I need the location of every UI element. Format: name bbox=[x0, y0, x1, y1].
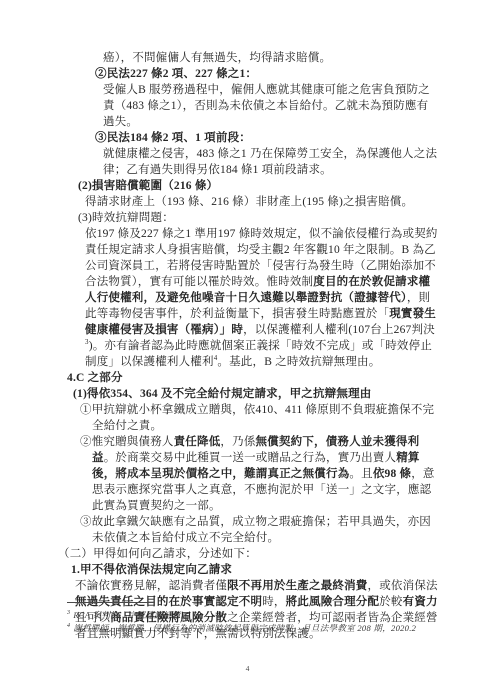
document-body: 癌），不問僱傭人有無過失，均得請求賠償。②民法227 條2 項、227 條之1：… bbox=[0, 50, 438, 642]
paragraph: 4.C 之部分 bbox=[0, 370, 438, 386]
text-run: 4.C 之部分 bbox=[67, 372, 123, 384]
text-run: 癌），不問僱傭人有無過失，均得請求賠償。 bbox=[103, 52, 331, 64]
footnotes-section: 3RCA 案判決，字號建議記憶。4謝哲勝師，謝哲勝，侵權行為的消滅時效起算與完成… bbox=[67, 602, 438, 635]
paragraph: 癌），不問僱傭人有無過失，均得請求賠償。 bbox=[0, 50, 438, 66]
text-run: 得請求財產上（193 條、216 條）非財產上(195 條)之損害賠償。 bbox=[85, 196, 413, 208]
text-run: ③故此拿鐵欠缺應有之品質，成立物之瑕疵擔保；若甲具過失，亦因未依債之本旨給付成立… bbox=[80, 516, 431, 544]
text-run: 受僱人B 服勞務過程中，僱佣人應就其健康可能之危害負預防之責（483 條之1），… bbox=[103, 84, 430, 128]
footnote-text: 謝哲勝師，謝哲勝，侵權行為的消滅時效起算與完成時點，月旦法學教室 208 期，2… bbox=[73, 623, 416, 633]
paragraph: ③故此拿鐵欠缺應有之品質，成立物之瑕疵擔保；若甲具過失，亦因未依債之本旨給付成立… bbox=[0, 514, 438, 546]
text-run: (1)得依354、364 及不完全給付規定請求，甲之抗辯無理由 bbox=[73, 388, 371, 400]
footnote: 4謝哲勝師，謝哲勝，侵權行為的消滅時效起算與完成時點，月旦法學教室 208 期，… bbox=[67, 622, 438, 635]
page-number: 4 bbox=[0, 664, 495, 673]
paragraph: 就健康權之侵害，483 條之1 乃在保障勞工安全，為保護他人之法律；乙有過失則得… bbox=[0, 146, 438, 178]
footnote-divider bbox=[67, 602, 155, 603]
paragraph: ②惟究贈與債務人責任降低，乃係無償契約下，債務人並未獲得利益。於商業交易中此種買… bbox=[0, 434, 438, 514]
paragraph: 受僱人B 服勞務過程中，僱佣人應就其健康可能之危害負預防之責（483 條之1），… bbox=[0, 82, 438, 130]
paragraph: (3)時效抗辯問題： bbox=[0, 210, 438, 226]
paragraph: (2)損害賠償範圍（216 條） bbox=[0, 178, 438, 194]
text-run: （二）甲得如何向乙請求，分述如下： bbox=[58, 548, 257, 560]
text-run: 限不再用於生產之最終消費 bbox=[227, 580, 367, 592]
text-run: 責任降低 bbox=[174, 436, 221, 448]
text-run: 不論依實務見解，認消費者僅 bbox=[75, 580, 227, 592]
text-run: ①甲抗辯就小杯拿鐵成立贈與，依410、411 條原則不負瑕疵擔保不完全給付之責。 bbox=[80, 404, 434, 432]
footnote: 3RCA 案判決，字號建議記憶。 bbox=[67, 609, 438, 622]
text-run: 。於商業交易中此種買一送一或贈品之行為，實乃出賣人 bbox=[104, 452, 397, 464]
paragraph: ③民法184 條2 項、1 項前段： bbox=[0, 130, 438, 146]
text-run: ②惟究贈與債務人 bbox=[80, 436, 174, 448]
footnote-text: RCA 案判決，字號建議記憶。 bbox=[73, 610, 189, 620]
paragraph: 得請求財產上（193 條、216 條）非財產上(195 條)之損害賠償。 bbox=[0, 194, 438, 210]
text-run: 就健康權之侵害，483 條之1 乃在保障勞工安全，為保護他人之法律；乙有過失則得… bbox=[103, 148, 437, 176]
text-run: 。且 bbox=[349, 468, 372, 480]
paragraph: ①甲抗辯就小杯拿鐵成立贈與，依410、411 條原則不負瑕疵擔保不完全給付之責。 bbox=[0, 402, 438, 434]
text-run: (3)時效抗辯問題： bbox=[78, 212, 174, 224]
document-page: 癌），不問僱傭人有無過失，均得請求賠償。②民法227 條2 項、227 條之1：… bbox=[0, 0, 495, 700]
text-run: 1.甲不得依消保法規定向乙請求 bbox=[71, 564, 232, 576]
text-run: ，乃係 bbox=[220, 436, 255, 448]
paragraph: 依197 條及227 條之1 準用197 條時效規定，似不論依侵權行為或契約責任… bbox=[0, 226, 438, 370]
paragraph: (1)得依354、364 及不完全給付規定請求，甲之抗辯無理由 bbox=[0, 386, 438, 402]
text-run: ③民法184 條2 項、1 項前段： bbox=[95, 132, 251, 144]
text-run: ，以保護權利人權利(107台上267判決 bbox=[243, 324, 435, 336]
text-run: 依98 條 bbox=[373, 468, 411, 480]
text-run: 。基此，B 之時效抗辯無理由。 bbox=[217, 356, 380, 368]
paragraph: 1.甲不得依消保法規定向乙請求 bbox=[0, 562, 438, 578]
text-run: ，或依消保法 bbox=[368, 580, 438, 592]
paragraph: （二）甲得如何向乙請求，分述如下： bbox=[0, 546, 438, 562]
text-run: (2)損害賠償範圍（216 條） bbox=[78, 180, 218, 192]
paragraph: ②民法227 條2 項、227 條之1： bbox=[0, 66, 438, 82]
text-run: ②民法227 條2 項、227 條之1： bbox=[95, 68, 257, 80]
